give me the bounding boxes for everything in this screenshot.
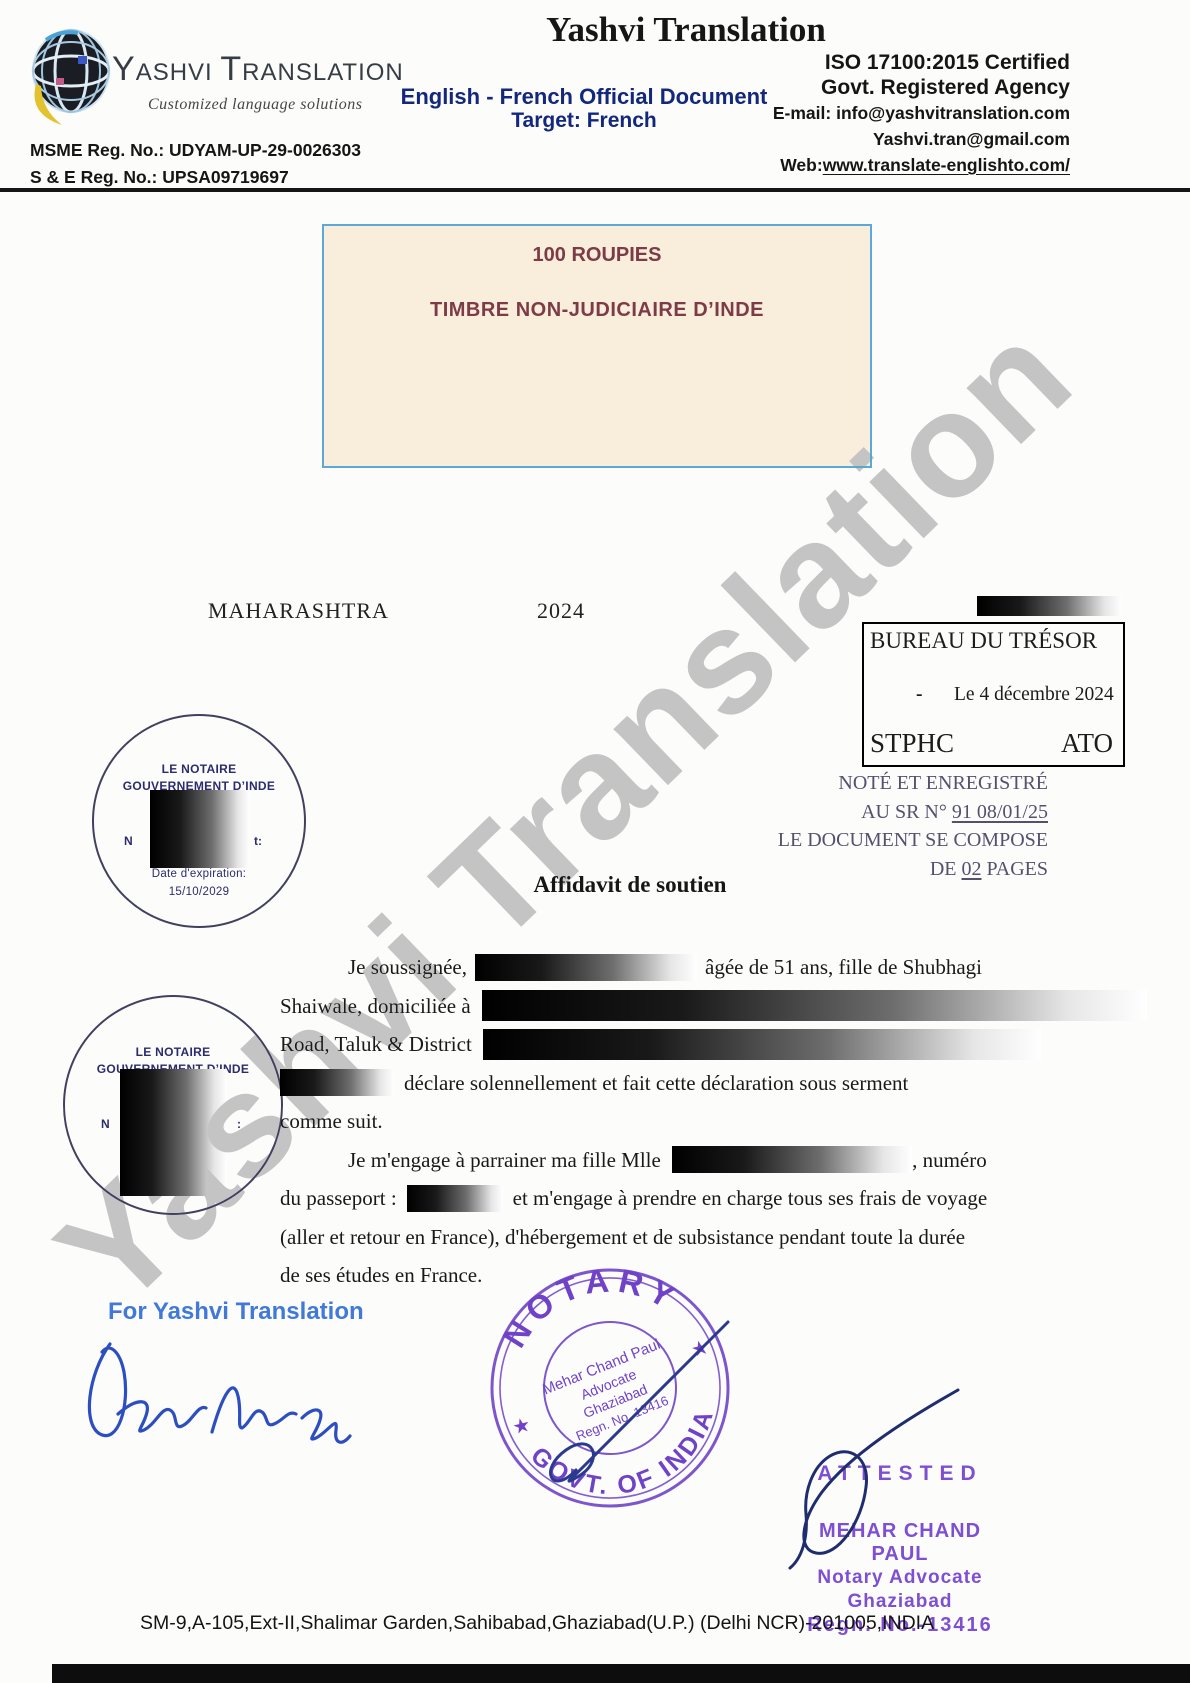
agency-title: Yashvi Translation	[302, 10, 1070, 50]
attest-notary-role: Notary Advocate	[790, 1566, 1010, 1590]
stamp-year: 2024	[537, 598, 585, 624]
redaction-notary-name	[150, 790, 250, 868]
body-text: Shaiwale, domiciliée à	[280, 987, 476, 1026]
website-line: Web:www.translate-englishto.com/	[302, 152, 1070, 178]
affidavit-title: Affidavit de soutien	[246, 872, 1014, 898]
redaction-daughter-name	[672, 1146, 912, 1173]
affidavit-body: Je soussignée,âgée de 51 ans, fille de S…	[280, 948, 1052, 1295]
stamp-title: TIMBRE NON-JUDICIAIRE D’INDE	[324, 299, 870, 322]
body-text: Road, Taluk & District	[280, 1025, 477, 1064]
body-text: , numéro	[912, 1141, 987, 1180]
treasury-code-right: ATO	[1061, 728, 1113, 759]
regnote-line3: LE DOCUMENT SE COMPOSE	[778, 826, 1048, 855]
brand-letter: Y	[112, 50, 136, 88]
email-secondary: Yashvi.tran@gmail.com	[302, 126, 1070, 152]
treasury-codes: STPHC ATO	[864, 728, 1123, 759]
redaction-deponent-name	[475, 954, 697, 981]
agency-signature	[89, 1344, 350, 1442]
regnote-sr-prefix: AU SR N°	[861, 801, 952, 823]
attest-notary-city: Ghaziabad	[790, 1590, 1010, 1614]
treasury-date: Le 4 décembre 2024	[954, 684, 1114, 705]
body-line: Road, Taluk & District	[280, 1025, 1052, 1064]
iso-certification: ISO 17100:2015 Certified	[302, 50, 1070, 75]
attested-label: ATTESTED	[790, 1462, 1010, 1486]
body-text: Je soussignée,	[348, 948, 467, 987]
seal-star-left-icon: ★	[510, 1414, 533, 1440]
attest-notary-name: MEHAR CHAND PAUL	[790, 1520, 1010, 1566]
for-yashvi-translation-label: For Yashvi Translation	[108, 1298, 364, 1326]
govt-registered: Govt. Registered Agency	[302, 75, 1070, 100]
body-line: déclare solennellement et fait cette déc…	[280, 1064, 1052, 1103]
web-label: Web:	[780, 155, 822, 175]
stamp1-fragment-left: N	[124, 834, 133, 848]
body-text: et m'engage à prendre en charge tous ses…	[513, 1179, 988, 1218]
redaction-address	[482, 990, 1147, 1021]
treasury-code-left: STPHC	[870, 728, 954, 759]
redaction-district	[483, 1029, 1041, 1060]
website-url: www.translate-englishto.com/	[823, 155, 1070, 175]
regnote-sr-number: 91 08/01/25	[952, 801, 1048, 823]
body-text: du passeport :	[280, 1179, 397, 1218]
stamp2-fragment-left: N	[101, 1117, 110, 1131]
body-line: Je soussignée,âgée de 51 ans, fille de S…	[280, 948, 1052, 987]
scan-edge-bar	[52, 1664, 1190, 1683]
footer-address: SM-9,A-105,Ext-II,Shalimar Garden,Sahiba…	[140, 1612, 934, 1635]
se-reg-no: S & E Reg. No.: UPSA09719697	[30, 164, 361, 191]
body-text: âgée de 51 ans, fille de Shubhagi	[705, 948, 982, 987]
header-divider	[0, 188, 1190, 192]
agency-contact-block: Yashvi Translation ISO 17100:2015 Certif…	[302, 10, 1070, 178]
regnote-line1: NOTÉ ET ENREGISTRÉ	[778, 769, 1048, 798]
scanned-affidavit-page: YASHVI TRANSLATION Customized language s…	[0, 0, 1190, 1683]
registration-note: NOTÉ ET ENREGISTRÉ AU SR N° 91 08/01/25 …	[778, 769, 1048, 883]
notary-stamp-line1: LE NOTAIRE	[94, 762, 304, 776]
notary-seal-stamp: NOTARY GOVT. OF INDIA ★ ★ Mehar Chand Pa…	[460, 1248, 760, 1548]
body-text: Je m'engage à parrainer ma fille Mlle	[348, 1141, 666, 1180]
redaction-id	[280, 1069, 394, 1096]
treasury-date-row: -Le 4 décembre 2024	[864, 684, 1123, 706]
redaction-notary-name	[120, 1069, 227, 1196]
body-line: du passeport :et m'engage à prendre en c…	[280, 1179, 1052, 1218]
brand-logo-globe-icon	[26, 26, 112, 130]
registration-numbers: MSME Reg. No.: UDYAM-UP-29-0026303 S & E…	[30, 137, 361, 191]
msme-reg-no: MSME Reg. No.: UDYAM-UP-29-0026303	[30, 137, 361, 164]
stamp-state: MAHARASHTRA	[208, 598, 389, 624]
treasury-office-box: BUREAU DU TRÉSOR -Le 4 décembre 2024 STP…	[862, 622, 1125, 767]
stamp-value: 100 ROUPIES	[324, 244, 870, 267]
treasury-dash: -	[916, 684, 954, 706]
body-line: Je m'engage à parrainer ma fille Mlle , …	[280, 1141, 1052, 1180]
treasury-title: BUREAU DU TRÉSOR	[864, 624, 1123, 654]
brand-letter: T	[220, 50, 242, 88]
redaction-passport-number	[407, 1185, 503, 1212]
body-line: comme suit.	[280, 1102, 1052, 1141]
stamp-paper-box: 100 ROUPIES TIMBRE NON-JUDICIAIRE D’INDE	[322, 224, 872, 468]
body-text: déclare solennellement et fait cette déc…	[404, 1064, 908, 1103]
brand-word: ASHVI	[136, 59, 221, 86]
stamp1-fragment-right: t:	[254, 834, 262, 848]
email-primary: E-mail: info@yashvitranslation.com	[302, 100, 1070, 126]
body-line: Shaiwale, domiciliée à	[280, 987, 1052, 1026]
regnote-line2: AU SR N° 91 08/01/25	[778, 798, 1048, 827]
redaction-serial	[977, 596, 1122, 616]
seal-rings: NOTARY GOVT. OF INDIA ★ ★ Mehar Chand Pa…	[465, 1236, 753, 1531]
attestation-block: ATTESTED MEHAR CHAND PAUL Notary Advocat…	[790, 1462, 1010, 1637]
seal-arc-top-text: NOTARY	[484, 1241, 693, 1360]
body-text: de ses études en France.	[280, 1256, 482, 1295]
notary-stamp-line1: LE NOTAIRE	[65, 1045, 281, 1059]
body-text: comme suit.	[280, 1102, 383, 1141]
stamp2-fragment-right: :	[237, 1117, 241, 1131]
notary-round-stamp-2: LE NOTAIRE GOUVERNEMENT D’INDE N :	[63, 995, 283, 1215]
